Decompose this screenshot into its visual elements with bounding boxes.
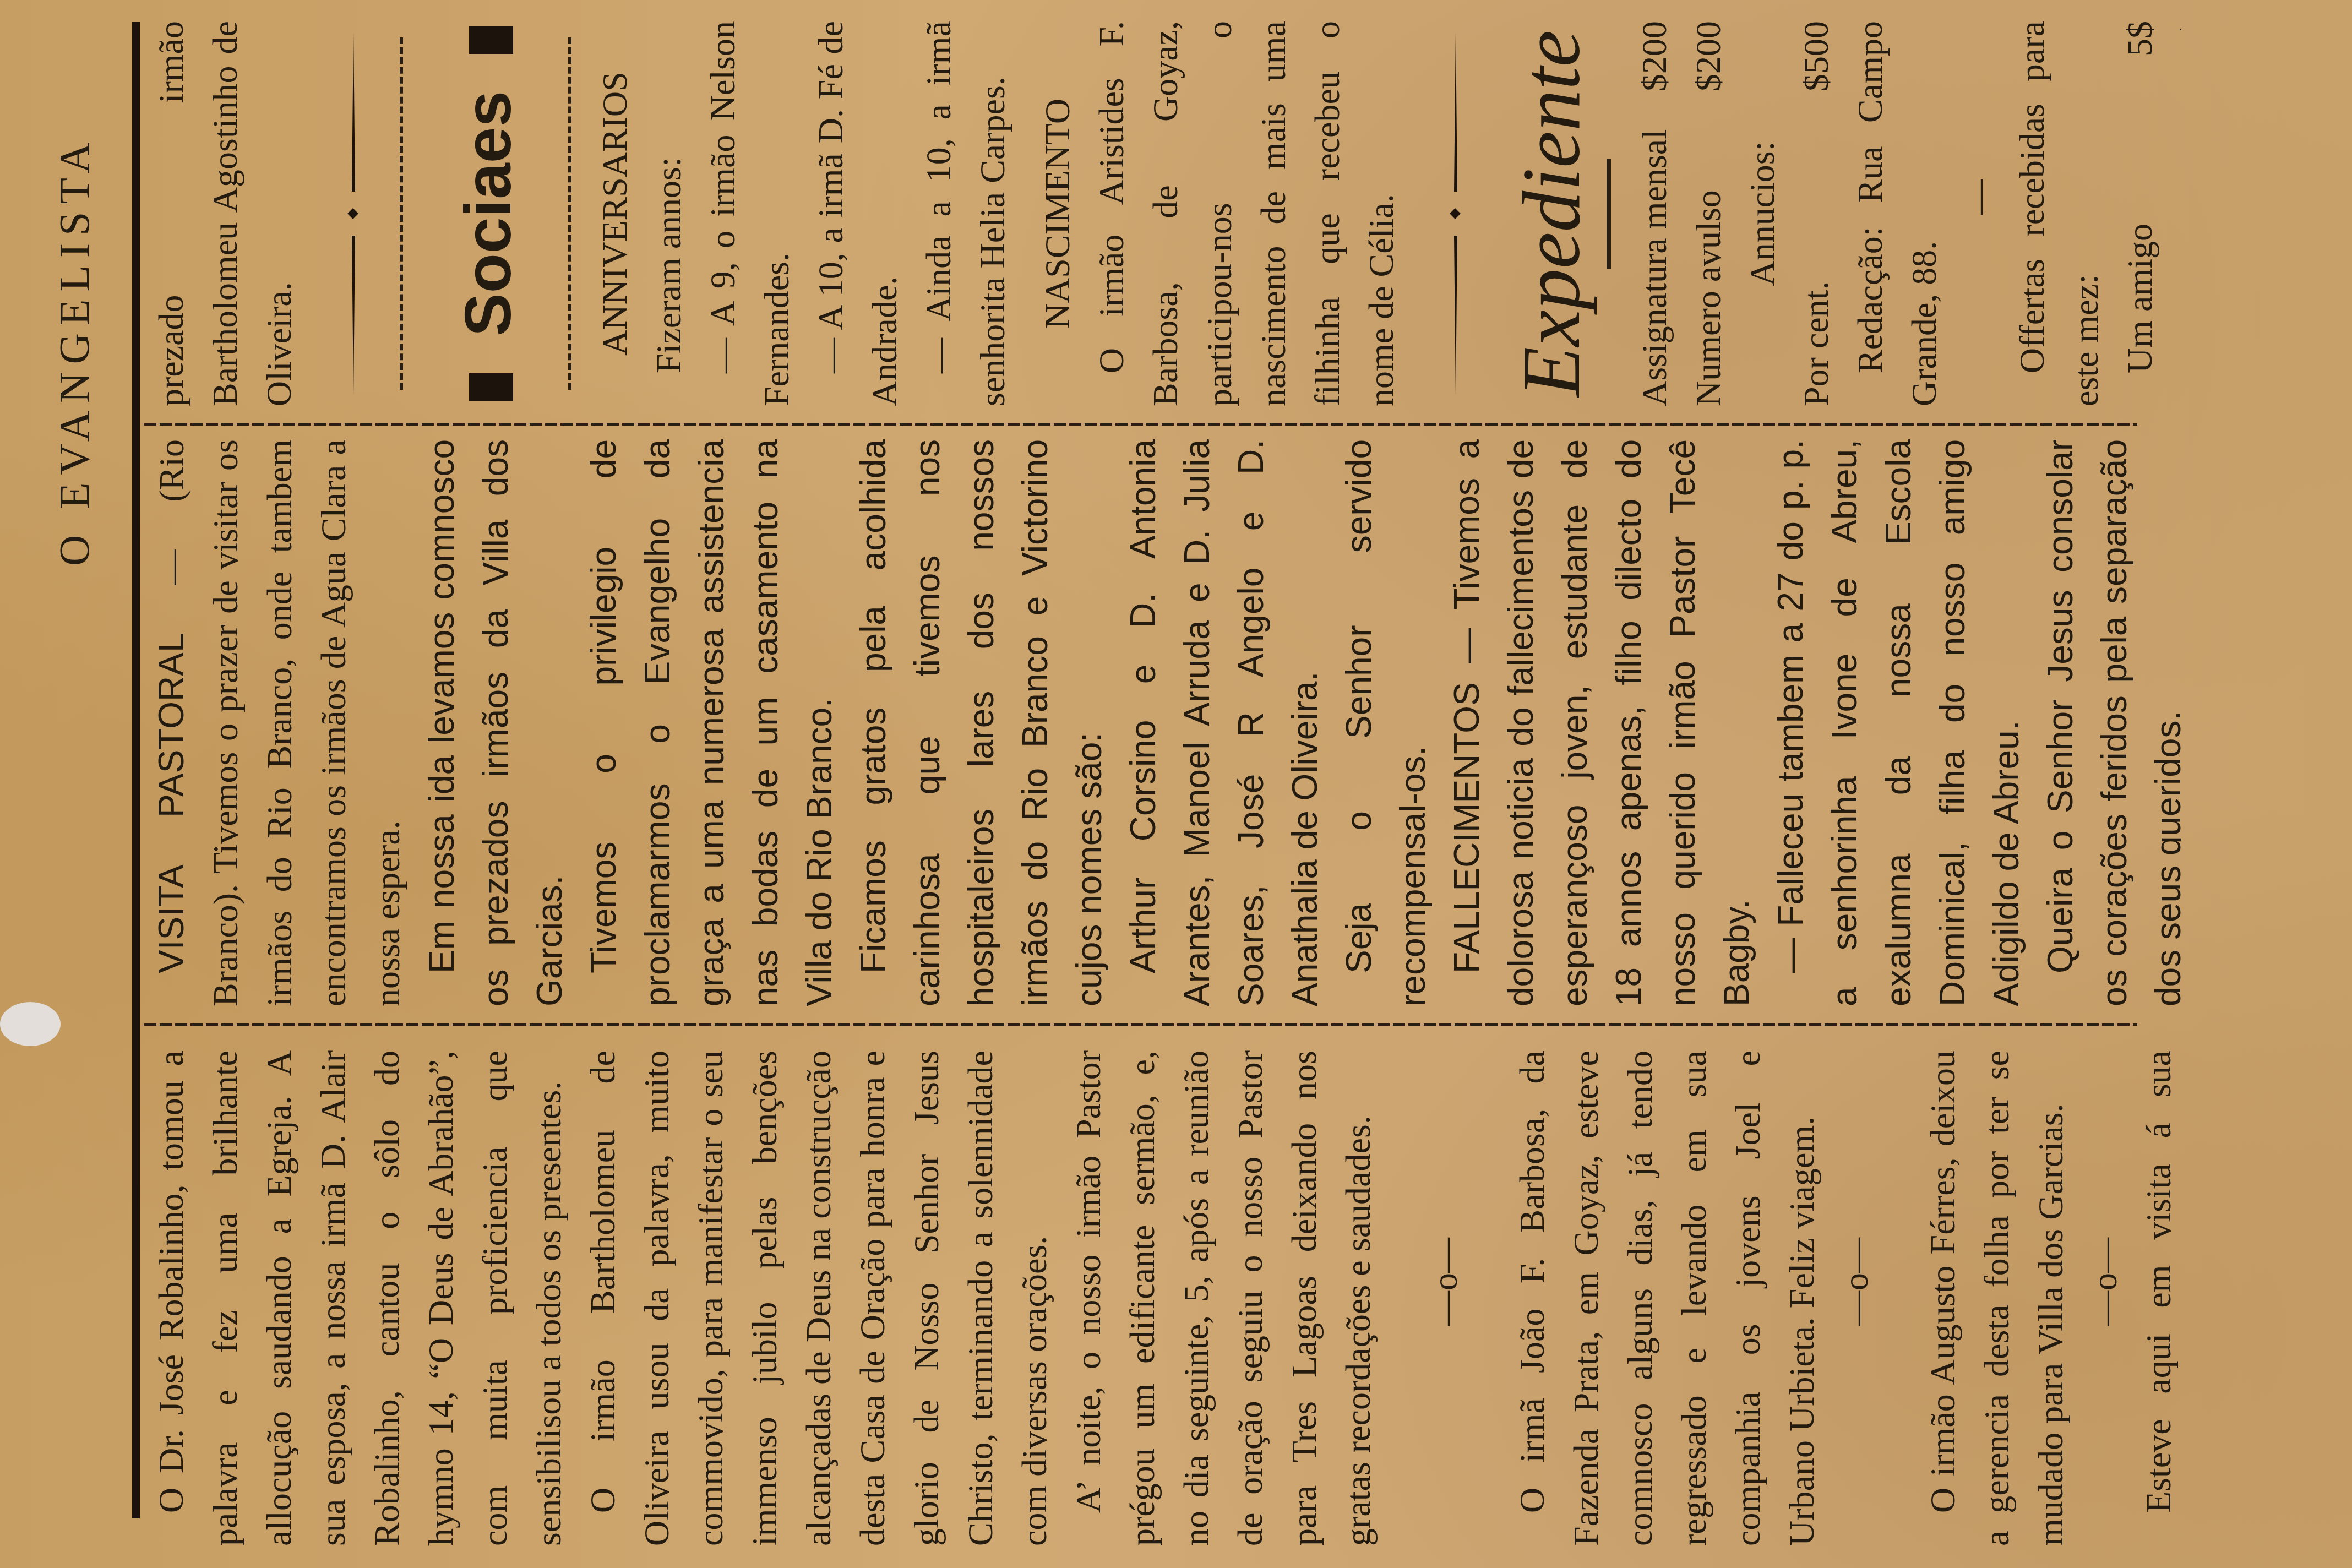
anniversario-item: — A 10, a irmã D. Fé de Andrade. xyxy=(804,21,912,406)
visita-paragraph: Seja o Senhor servido recompensal-os. xyxy=(1332,439,1440,1006)
redaccao-address: Redacção: Rua Campo Grande, 88. xyxy=(1843,21,1951,406)
expediente-title: Expediente xyxy=(1502,21,1601,406)
annuncios-heading: Annucios: xyxy=(1735,21,1789,406)
article-joao-barbosa: O irmã João F. Barbosa, da Fazenda Prata… xyxy=(1505,1050,1829,1546)
price-row-porcent: Por cent. $500 xyxy=(1789,21,1843,406)
anniversarios-intro: Fizeram annos: xyxy=(642,21,696,406)
price-row-assinatura: Assignatura mensal $200 xyxy=(1627,21,1681,406)
sociaes-title: Sociaes xyxy=(455,37,521,390)
ornamental-divider-icon xyxy=(328,21,378,406)
oferta-value: 5$ xyxy=(2113,21,2167,56)
price-label: Numero avulso xyxy=(1681,190,1735,406)
fallecimentos-paragraph: Queira o Senhor Jesus consolar os coraçõ… xyxy=(2033,439,2181,1006)
price-label: Por cent. xyxy=(1789,281,1843,407)
masthead-title: O EVANGELISTA xyxy=(50,135,99,566)
separator: — xyxy=(1951,21,2005,406)
oferta-label: D. Manoel Carpes xyxy=(2167,116,2181,373)
nascimento-text: O irmão Aristides F. Barbosa, de Goyaz, … xyxy=(1085,21,1408,406)
continued-text: prezado irmão Bartholomeu Agostinho de O… xyxy=(144,21,306,406)
masthead: O EVANGELISTA xyxy=(50,0,110,1568)
left-column: O Dr. José Robalinho, tomou a palavra e … xyxy=(144,1050,2181,1546)
nascimento-heading: NASCIMENTO xyxy=(1031,21,1085,406)
price-value: $200 xyxy=(1681,21,1735,91)
expediente-rule xyxy=(1607,159,1611,269)
article-augusto-ferres: O irmão Augusto Férres, deixou a gerenci… xyxy=(1916,1050,2078,1546)
masthead-rule xyxy=(132,22,140,1518)
newspaper-page: O EVANGELISTA O Dr. José Robalinho, tomo… xyxy=(0,0,2352,1568)
right-column: prezado irmão Bartholomeu Agostinho de O… xyxy=(144,21,2181,406)
ornamental-divider-icon xyxy=(1430,21,1480,406)
visita-paragraph: Ficamos gratos pela acolhida carinhosa q… xyxy=(846,439,1116,1006)
oferta-row: D. Manoel Carpes 5$ xyxy=(2167,21,2181,406)
anniversario-item: — Ainda a 10, a irmã senhorita Helia Car… xyxy=(912,21,1020,406)
separator: —o— xyxy=(2078,1050,2132,1546)
sociaes-section-box: Sociaes xyxy=(400,37,571,390)
article-sermao: A’ noite, o nosso irmão Pastor prégou um… xyxy=(1061,1050,1385,1546)
article-leopoldo: Esteve aqui em visita á sua familia o no… xyxy=(2132,1050,2181,1546)
scanned-newspaper-page: O EVANGELISTA O Dr. José Robalinho, tomo… xyxy=(0,0,2352,1568)
visita-heading: VISITA PASTORAL xyxy=(151,633,191,973)
middle-column: VISITA PASTORAL — (Rio Branco). Tivemos … xyxy=(144,439,2181,1006)
price-label: Assignatura mensal xyxy=(1627,129,1681,406)
column-divider xyxy=(144,423,2137,426)
ofertas-intro: Offertas recebidas para este mez: xyxy=(2005,21,2113,406)
fallecimentos-heading: FALLECIMENTOS xyxy=(1447,682,1487,973)
fallecimentos-text: — Tivemos a dolorosa noticia do fallecim… xyxy=(1447,439,1756,1006)
visita-names: Arthur Corsino e D. Antonia Arantes, Man… xyxy=(1116,439,1332,1006)
oferta-row: Um amigo 5$ xyxy=(2113,21,2167,406)
column-divider xyxy=(144,1023,2137,1026)
anniversario-item: — A 9, o irmão Nelson Fernandes. xyxy=(696,21,804,406)
oferta-value: 5$ xyxy=(2167,21,2181,56)
visita-paragraph: Em nossa ida levamos comnosco os prezado… xyxy=(415,439,576,1006)
fallecimentos-paragraph: — Falleceu tambem a 27 do p. p. a senhor… xyxy=(1763,439,2033,1006)
article-robalinho: O Dr. José Robalinho, tomou a palavra e … xyxy=(144,1050,576,1546)
price-value: $200 xyxy=(1627,21,1681,91)
separator: —o— xyxy=(1829,1050,1883,1546)
price-row-avulso: Numero avulso $200 xyxy=(1681,21,1735,406)
article-bartholomeu: O irmão Bartholomeu de Oliveira usou da … xyxy=(576,1050,1061,1546)
visita-paragraph: Tivemos o privilegio de proclamarmos o E… xyxy=(576,439,846,1006)
price-value: $500 xyxy=(1789,21,1843,91)
separator: —o— xyxy=(1418,1050,1472,1546)
oferta-label: Um amigo xyxy=(2113,224,2167,373)
anniversarios-heading: ANNIVERSARIOS xyxy=(588,21,642,406)
